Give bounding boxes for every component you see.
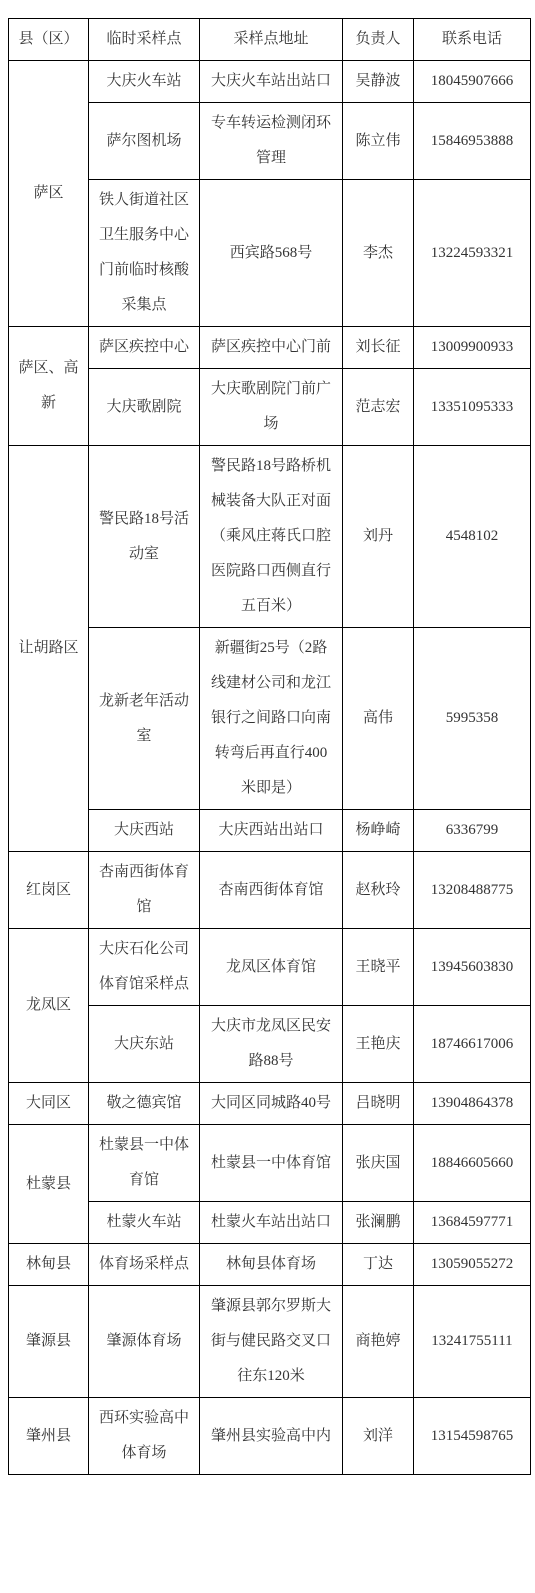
contact-cell: 高伟 — [343, 628, 414, 810]
phone-cell: 13009900933 — [414, 327, 531, 369]
district-cell: 红岗区 — [9, 852, 89, 929]
contact-cell: 刘长征 — [343, 327, 414, 369]
phone-cell: 5995358 — [414, 628, 531, 810]
contact-cell: 张庆国 — [343, 1125, 414, 1202]
district-cell: 肇州县 — [9, 1398, 89, 1475]
phone-cell: 13059055272 — [414, 1244, 531, 1286]
phone-cell: 18846605660 — [414, 1125, 531, 1202]
address-cell: 肇州县实验高中内 — [200, 1398, 343, 1475]
phone-cell: 13224593321 — [414, 180, 531, 327]
site-cell: 大庆石化公司体育馆采样点 — [89, 929, 200, 1006]
header-site: 临时采样点 — [89, 19, 200, 61]
district-cell: 大同区 — [9, 1083, 89, 1125]
phone-cell: 13684597771 — [414, 1202, 531, 1244]
site-cell: 杏南西街体育馆 — [89, 852, 200, 929]
address-cell: 新疆街25号（2路线建材公司和龙江银行之间路口向南转弯后再直行400米即是） — [200, 628, 343, 810]
site-cell: 肇源体育场 — [89, 1286, 200, 1398]
address-cell: 大庆歌剧院门前广场 — [200, 369, 343, 446]
address-cell: 大庆西站出站口 — [200, 810, 343, 852]
district-cell: 让胡路区 — [9, 446, 89, 852]
site-cell: 杜蒙火车站 — [89, 1202, 200, 1244]
contact-cell: 吴静波 — [343, 61, 414, 103]
contact-cell: 丁达 — [343, 1244, 414, 1286]
table-row: 萨区大庆火车站大庆火车站出站口吴静波18045907666 — [9, 61, 531, 103]
header-contact: 负责人 — [343, 19, 414, 61]
contact-cell: 吕晓明 — [343, 1083, 414, 1125]
contact-cell: 赵秋玲 — [343, 852, 414, 929]
site-cell: 体育场采样点 — [89, 1244, 200, 1286]
table-row: 让胡路区警民路18号活动室警民路18号路桥机械装备大队正对面（乘风庄蒋氏口腔医院… — [9, 446, 531, 628]
table-row: 红岗区杏南西街体育馆杏南西街体育馆赵秋玲13208488775 — [9, 852, 531, 929]
header-phone: 联系电话 — [414, 19, 531, 61]
phone-cell: 13351095333 — [414, 369, 531, 446]
site-cell: 警民路18号活动室 — [89, 446, 200, 628]
address-cell: 大同区同城路40号 — [200, 1083, 343, 1125]
address-cell: 林甸县体育场 — [200, 1244, 343, 1286]
header-address: 采样点地址 — [200, 19, 343, 61]
table-row: 肇源县肇源体育场肇源县郭尔罗斯大街与健民路交叉口往东120米商艳婷1324175… — [9, 1286, 531, 1398]
site-cell: 杜蒙县一中体育馆 — [89, 1125, 200, 1202]
contact-cell: 李杰 — [343, 180, 414, 327]
phone-cell: 15846953888 — [414, 103, 531, 180]
district-cell: 萨区、高新 — [9, 327, 89, 446]
district-cell: 杜蒙县 — [9, 1125, 89, 1244]
phone-cell: 13241755111 — [414, 1286, 531, 1398]
contact-cell: 王艳庆 — [343, 1006, 414, 1083]
contact-cell: 张澜鹏 — [343, 1202, 414, 1244]
page: 县（区） 临时采样点 采样点地址 负责人 联系电话 萨区大庆火车站大庆火车站出站… — [0, 0, 535, 1497]
site-cell: 大庆火车站 — [89, 61, 200, 103]
table-row: 林甸县体育场采样点林甸县体育场丁达13059055272 — [9, 1244, 531, 1286]
address-cell: 萨区疾控中心门前 — [200, 327, 343, 369]
contact-cell: 范志宏 — [343, 369, 414, 446]
table-row: 龙凤区大庆石化公司体育馆采样点龙凤区体育馆王晓平13945603830 — [9, 929, 531, 1006]
site-cell: 大庆东站 — [89, 1006, 200, 1083]
contact-cell: 杨峥崎 — [343, 810, 414, 852]
phone-cell: 6336799 — [414, 810, 531, 852]
sampling-table-body: 萨区大庆火车站大庆火车站出站口吴静波18045907666萨尔图机场专车转运检测… — [9, 61, 531, 1475]
address-cell: 龙凤区体育馆 — [200, 929, 343, 1006]
phone-cell: 13208488775 — [414, 852, 531, 929]
phone-cell: 13154598765 — [414, 1398, 531, 1475]
table-row: 大同区敬之德宾馆大同区同城路40号吕晓明13904864378 — [9, 1083, 531, 1125]
phone-cell: 13945603830 — [414, 929, 531, 1006]
header-row: 县（区） 临时采样点 采样点地址 负责人 联系电话 — [9, 19, 531, 61]
site-cell: 萨区疾控中心 — [89, 327, 200, 369]
header-district: 县（区） — [9, 19, 89, 61]
address-cell: 大庆火车站出站口 — [200, 61, 343, 103]
district-cell: 林甸县 — [9, 1244, 89, 1286]
contact-cell: 刘丹 — [343, 446, 414, 628]
phone-cell: 4548102 — [414, 446, 531, 628]
table-row: 萨区、高新萨区疾控中心萨区疾控中心门前刘长征13009900933 — [9, 327, 531, 369]
site-cell: 萨尔图机场 — [89, 103, 200, 180]
contact-cell: 商艳婷 — [343, 1286, 414, 1398]
site-cell: 铁人街道社区卫生服务中心门前临时核酸采集点 — [89, 180, 200, 327]
contact-cell: 刘洋 — [343, 1398, 414, 1475]
district-cell: 龙凤区 — [9, 929, 89, 1083]
phone-cell: 18045907666 — [414, 61, 531, 103]
sampling-points-table: 县（区） 临时采样点 采样点地址 负责人 联系电话 萨区大庆火车站大庆火车站出站… — [8, 18, 531, 1475]
site-cell: 龙新老年活动室 — [89, 628, 200, 810]
address-cell: 肇源县郭尔罗斯大街与健民路交叉口往东120米 — [200, 1286, 343, 1398]
site-cell: 西环实验高中体育场 — [89, 1398, 200, 1475]
district-cell: 萨区 — [9, 61, 89, 327]
phone-cell: 13904864378 — [414, 1083, 531, 1125]
contact-cell: 陈立伟 — [343, 103, 414, 180]
district-cell: 肇源县 — [9, 1286, 89, 1398]
address-cell: 西宾路568号 — [200, 180, 343, 327]
address-cell: 杜蒙火车站出站口 — [200, 1202, 343, 1244]
address-cell: 警民路18号路桥机械装备大队正对面（乘风庄蒋氏口腔医院路口西侧直行五百米） — [200, 446, 343, 628]
address-cell: 杏南西街体育馆 — [200, 852, 343, 929]
address-cell: 专车转运检测闭环管理 — [200, 103, 343, 180]
site-cell: 敬之德宾馆 — [89, 1083, 200, 1125]
contact-cell: 王晓平 — [343, 929, 414, 1006]
site-cell: 大庆西站 — [89, 810, 200, 852]
site-cell: 大庆歌剧院 — [89, 369, 200, 446]
table-row: 肇州县西环实验高中体育场肇州县实验高中内刘洋13154598765 — [9, 1398, 531, 1475]
phone-cell: 18746617006 — [414, 1006, 531, 1083]
table-row: 杜蒙县杜蒙县一中体育馆杜蒙县一中体育馆张庆国18846605660 — [9, 1125, 531, 1202]
address-cell: 杜蒙县一中体育馆 — [200, 1125, 343, 1202]
address-cell: 大庆市龙凤区民安路88号 — [200, 1006, 343, 1083]
